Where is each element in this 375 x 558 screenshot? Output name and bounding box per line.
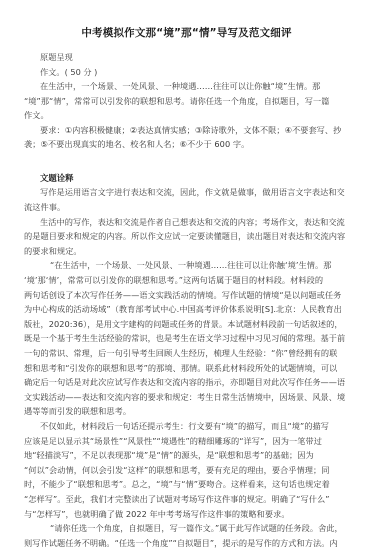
paragraph-line: 应该是足以显示其“场景性”“风景性”“境遇性”的精细雕琢的“详写”，因为一笔带过 xyxy=(24,434,349,449)
paragraph-line: 文实践活动——表达和交流内容的要求和规定：考生日常生活情境中，因场景、风景、境 xyxy=(24,390,349,405)
paragraph-line: 既是一个基于考生生活经验的常识，也是考生在语文学习过程中习见习闻的常理。基于前 xyxy=(24,331,349,346)
paragraph: 不仅如此，材料段后一句话还提示考生：行文要有“境”的描写，而且“境”的描写 应该… xyxy=(24,419,349,521)
paragraph-line: “怎样写”。至此，我们才完整读出了试题对考场写作这件事的规定。明确了“写什么” xyxy=(24,492,349,507)
paragraph-line: 时，不能少了“联想和思考”。总之，“境”与“情”要吻合。这样看来，这句话也规定着 xyxy=(24,477,349,492)
section-heading-interpretation: 文题诠释 xyxy=(24,171,349,186)
paragraph-line: 两句话创设了本次写作任务——语文实践活动的情境。写作试题的情境“是以问题或任务 xyxy=(24,288,349,303)
document-title: 中考模拟作文那“境”那“情”导写及范文细评 xyxy=(24,0,349,40)
prompt-line: 在生活中，一个场景、一处风景、一种境遇……往往可以让你触“境”生情。那 xyxy=(24,79,349,94)
prompt-line: “境”那“情”，常常可以引发你的联想和思考。请你任选一个角度，自拟题目，写一篇 xyxy=(24,94,349,109)
requirement-line: 袭；⑤不要出现真实的地名、校名和人名；⑥不少于 600 字。 xyxy=(24,137,349,152)
document-page: 中考模拟作文那“境”那“情”导写及范文细评 原题呈现 作文。( 50 分 ) 在… xyxy=(24,0,349,550)
paragraph-line: 版社，2020:36），是用文字建构的问题或任务的背景。本试题材料段前一句话叙述… xyxy=(24,317,349,332)
paragraph: 生活中的写作，表达和交流是作者自己想表达和交流的内容；考场作文，表达和交流 的是… xyxy=(24,215,349,259)
section-interpretation: 文题诠释 写作是运用语言文字进行表达和交流，因此，作文就是做事，做用语言文字表达… xyxy=(24,171,349,550)
paragraph-line: “请你任选一个角度，自拟题目，写一篇作文。”属于此写作试题的任务段。舍此， xyxy=(24,521,349,536)
paragraph: 写作是运用语言文字进行表达和交流，因此，作文就是做事，做用语言文字表达和交 流这… xyxy=(24,185,349,214)
paragraph-line: 为中心构成的活动场域”（教育部考试中心.中国高考评价体系说明[S].北京：人民教… xyxy=(24,302,349,317)
paragraph-line: 想和思考和“引发你的联想和思考”的那境、那情。联系此材料段所处的试题情境，可以 xyxy=(24,361,349,376)
paragraph-line: 地“轻描淡写”，不足以表现那“境”是“情”的源头，是“联想和思考”的基础；因为 xyxy=(24,448,349,463)
paragraph-line: 不仅如此，材料段后一句话还提示考生：行文要有“境”的描写，而且“境”的描写 xyxy=(24,419,349,434)
paragraph-line: 一句的常识、常理，后一句引导考生回顾人生经历，梳理人生经验：“你”曾经拥有的联 xyxy=(24,346,349,361)
requirement-line: 要求：①内容积极健康；②表达真情实感；③除诗歌外，文体不限；④不要套写、抄 xyxy=(24,123,349,138)
paragraph-line: 的要求和规定。 xyxy=(24,244,349,259)
paragraph-line: 生活中的写作，表达和交流是作者自己想表达和交流的内容；考场作文，表达和交流 xyxy=(24,215,349,230)
paragraph-line: 的是题目要求和规定的内容。所以作文应试一定要读懂题目，读出题目对表达和交流内容 xyxy=(24,229,349,244)
paragraph-line: ‘境’那‘情’，常常可以引发你的联想和思考。”这两句话属于题目的材料段。材料段的 xyxy=(24,273,349,288)
paragraph: “在生活中，一个场景、一处风景、一种境遇……往往可以让你触‘境’生情。那 ‘境’… xyxy=(24,258,349,419)
paragraph-line: 遇等等而引发的联想和思考。 xyxy=(24,404,349,419)
paragraph-line: “在生活中，一个场景、一处风景、一种境遇……往往可以让你触‘境’生情。那 xyxy=(24,258,349,273)
section-label-original-problem: 原题呈现 xyxy=(24,50,349,65)
paragraph-line: 流这件事。 xyxy=(24,200,349,215)
prompt-line: 作文。 xyxy=(24,108,349,123)
paragraph-line: 与“怎样写”，也就明确了做 2022 年中考考场写作这件事的策略和要求。 xyxy=(24,507,349,522)
paragraph-line: 写作是运用语言文字进行表达和交流，因此，作文就是做事，做用语言文字表达和交 xyxy=(24,185,349,200)
paragraph-line: “何以”会动情，何以会引发“这样”的联想和思考，要有充足的理由，要合乎情理；同 xyxy=(24,463,349,478)
section-original-problem: 原题呈现 作文。( 50 分 ) 在生活中，一个场景、一处风景、一种境遇……往往… xyxy=(24,50,349,152)
paragraph-line: 则写作试题任务不明确。“任选一个角度”“自拟题目”，提示的是写作的方式和方法。内 xyxy=(24,536,349,551)
paragraph-line: 确定后一句话是对此次应试写作表达和交流内容的指示，亦即题目对此次写作任务——语 xyxy=(24,375,349,390)
score-line: 作文。( 50 分 ) xyxy=(24,65,349,80)
paragraph: “请你任选一个角度，自拟题目，写一篇作文。”属于此写作试题的任务段。舍此， 则写… xyxy=(24,521,349,550)
